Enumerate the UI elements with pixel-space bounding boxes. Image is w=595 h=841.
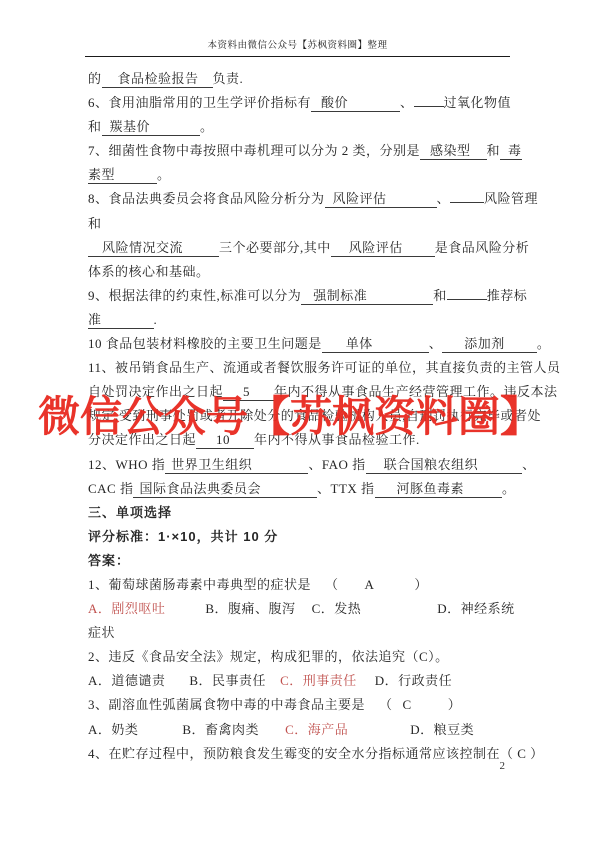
text-run: 9、根据法律的约束性,标准可以分为 — [88, 288, 301, 303]
doc-line: 12、WHO 指世界卫生组织、FAO 指联合国粮农组织、 — [88, 453, 518, 477]
doc-line: 11、被吊销食品生产、流通或者餐饮服务许可证的单位，其直接负责的主管人员 — [88, 356, 518, 380]
text-run: D．粮豆类 — [410, 722, 474, 737]
text-run: 年内不得从事食品生产经营管理工作。违反本法 — [274, 384, 558, 399]
doc-line: 分决定作出之日起10年内不得从事食品检验工作. — [88, 428, 518, 452]
text-run: 和 — [88, 216, 102, 231]
filled-blank: 羰基价 — [102, 118, 201, 136]
text-run: 11、被吊销食品生产、流通或者餐饮服务许可证的单位，其直接负责的主管人员 — [88, 360, 561, 375]
text-run: 4、在贮存过程中，预防粮食发生霉变的安全水分指标通常应该控制在（ C ） — [88, 746, 544, 761]
answer-text-red: C．海产品 — [285, 722, 348, 737]
filled-blank: 毒 — [500, 142, 522, 160]
doc-line: 风险情况交流三个必要部分,其中风险评估是食品风险分析 — [88, 236, 518, 260]
doc-line: 2、违反《食品安全法》规定，构成犯罪的，依法追究（C）。 — [88, 645, 518, 669]
doc-line: 和 — [88, 212, 518, 236]
text-run: 3、副溶血性弧菌属食物中毒的中毒食品主要是 — [88, 697, 365, 712]
doc-line: 3、副溶血性弧菌属食物中毒的中毒食品主要是（C） — [88, 693, 518, 717]
filled-blank: 10 — [196, 431, 254, 449]
text-run: 三个必要部分,其中 — [219, 240, 331, 255]
empty-blank — [447, 299, 487, 300]
filled-blank: 酸价 — [311, 94, 400, 112]
filled-blank: 添加剂 — [442, 335, 537, 353]
doc-line: 7、细菌性食物中毒按照中毒机理可以分为 2 类，分别是感染型和毒 — [88, 139, 518, 163]
doc-line: 体系的核心和基础。 — [88, 260, 518, 284]
filled-blank: 国际食品法典委员会 — [133, 480, 317, 498]
text-run: A．道德谴责 — [88, 673, 165, 688]
text-run: 负责. — [213, 71, 244, 86]
document-page: 本资料由微信公众号【苏枫资料圈】整理 的食品检验报告负责.6、食用油脂常用的卫生… — [0, 0, 595, 841]
text-run: 10 食品包装材料橡胶的主要卫生问题是 — [88, 336, 322, 351]
text-run: 评分标准：1·×10，共计 10 分 — [88, 529, 278, 544]
text-run: 7、细菌性食物中毒按照中毒机理可以分为 2 类，分别是 — [88, 143, 420, 158]
text-run: 年内不得从事食品检验工作. — [254, 432, 420, 447]
doc-line: 8、食品法典委员会将食品风险分析分为风险评估、风险管理 — [88, 187, 518, 211]
doc-line: 规定,受到刑事处罚或者开除处分的食品检验机构人员,自刑罚执行完毕或者处 — [88, 404, 518, 428]
text-run: 、 — [437, 191, 451, 206]
page-number: 2 — [0, 760, 505, 772]
text-run: 体系的核心和基础。 — [88, 264, 210, 279]
doc-line: 素型。 — [88, 163, 518, 187]
text-run: 的 — [88, 71, 102, 86]
text-run: 推荐标 — [487, 288, 528, 303]
text-run: （ — [325, 577, 339, 592]
text-run: 、 — [522, 457, 536, 472]
text-run: 。 — [200, 119, 214, 134]
doc-line: 9、根据法律的约束性,标准可以分为强制标准和推荐标 — [88, 284, 518, 308]
text-run: 、TTX 指 — [317, 481, 375, 496]
text-run: 6、食用油脂常用的卫生学评价指标有 — [88, 95, 311, 110]
text-run: D．行政责任 — [375, 673, 452, 688]
text-run: 规定,受到刑事处罚或者开除处分的食品检验机构人员,自刑罚执行完毕或者处 — [88, 408, 541, 423]
answer-text-red: A．剧烈呕吐 — [88, 601, 165, 616]
answer-text-red: C．刑事责任 — [280, 673, 357, 688]
filled-blank: 河豚鱼毒素 — [375, 480, 503, 498]
text-run: 。 — [502, 481, 516, 496]
text-run: A — [365, 577, 375, 592]
text-run: 是食品风险分析 — [435, 240, 530, 255]
text-run: 症状 — [88, 625, 115, 640]
document-body: 的食品检验报告负责.6、食用油脂常用的卫生学评价指标有酸价、过氧化物值和羰基价。… — [88, 67, 518, 766]
text-run: C — [403, 697, 412, 712]
doc-line: 10 食品包装材料橡胶的主要卫生问题是单体、添加剂。 — [88, 332, 518, 356]
section-heading-line: 三、单项选择 — [88, 501, 518, 525]
text-run: 三、单项选择 — [88, 505, 172, 520]
text-run: 和 — [88, 119, 102, 134]
text-run: （ — [379, 697, 393, 712]
doc-line: A．剧烈呕吐B．腹痛、腹泻C．发热D．神经系统 — [88, 597, 518, 621]
filled-blank: 感染型 — [420, 142, 487, 160]
text-run: ） — [414, 577, 428, 592]
filled-blank: 单体 — [322, 335, 429, 353]
doc-line: 准. — [88, 308, 518, 332]
section-heading-line: 答案： — [88, 549, 518, 573]
text-run: . — [154, 312, 158, 327]
text-run: 1、葡萄球菌肠毒素中毒典型的症状是 — [88, 577, 311, 592]
doc-line: CAC 指国际食品法典委员会、TTX 指河豚鱼毒素。 — [88, 477, 518, 501]
filled-blank: 5 — [223, 383, 274, 401]
filled-blank: 风险评估 — [331, 239, 435, 257]
filled-blank: 世界卫生组织 — [165, 456, 308, 474]
filled-blank: 风险情况交流 — [88, 239, 219, 257]
doc-line: 1、葡萄球菌肠毒素中毒典型的症状是（A） — [88, 573, 518, 597]
text-run: B．腹痛、腹泻 — [205, 601, 295, 616]
filled-blank: 准 — [88, 311, 154, 329]
text-run: 和 — [487, 143, 501, 158]
text-run: 12、WHO 指 — [88, 457, 165, 472]
text-run: 自处罚决定作出之日起 — [88, 384, 223, 399]
text-run: 、 — [429, 336, 443, 351]
text-run: 2、违反《食品安全法》规定，构成犯罪的，依法追究（C）。 — [88, 649, 449, 664]
text-run: 风险管理 — [484, 191, 538, 206]
text-run: 答案： — [88, 553, 130, 568]
text-run: D．神经系统 — [437, 601, 514, 616]
section-heading-line: 评分标准：1·×10，共计 10 分 — [88, 525, 518, 549]
filled-blank: 食品检验报告 — [102, 70, 213, 88]
empty-blank — [450, 202, 484, 203]
text-run: ） — [448, 697, 462, 712]
doc-line: A．道德谴责B．民事责任C．刑事责任D．行政责任 — [88, 669, 518, 693]
empty-blank — [414, 106, 444, 107]
text-run: A．奶类 — [88, 722, 138, 737]
text-run: 、FAO 指 — [308, 457, 365, 472]
text-run: CAC 指 — [88, 481, 133, 496]
page-header-note: 本资料由微信公众号【苏枫资料圈】整理 — [85, 37, 510, 57]
text-run: 8、食品法典委员会将食品风险分析分为 — [88, 191, 325, 206]
filled-blank: 风险评估 — [325, 190, 437, 208]
doc-line: 症状 — [88, 621, 518, 645]
text-run: C．发热 — [312, 601, 362, 616]
filled-blank: 强制标准 — [301, 287, 433, 305]
text-run: B．畜禽肉类 — [182, 722, 259, 737]
text-run: 和 — [433, 288, 447, 303]
filled-blank: 联合国粮农组织 — [366, 456, 523, 474]
filled-blank: 素型 — [88, 166, 157, 184]
text-run: 分决定作出之日起 — [88, 432, 196, 447]
doc-line: 和羰基价。 — [88, 115, 518, 139]
text-run: 、 — [400, 95, 414, 110]
doc-line: 自处罚决定作出之日起5年内不得从事食品生产经营管理工作。违反本法 — [88, 380, 518, 404]
text-run: B．民事责任 — [189, 673, 266, 688]
doc-line: A．奶类B．畜禽肉类C．海产品D．粮豆类 — [88, 718, 518, 742]
doc-line: 的食品检验报告负责. — [88, 67, 518, 91]
text-run: 。 — [537, 336, 551, 351]
doc-line: 6、食用油脂常用的卫生学评价指标有酸价、过氧化物值 — [88, 91, 518, 115]
text-run: 。 — [157, 167, 171, 182]
text-run: 过氧化物值 — [444, 95, 512, 110]
